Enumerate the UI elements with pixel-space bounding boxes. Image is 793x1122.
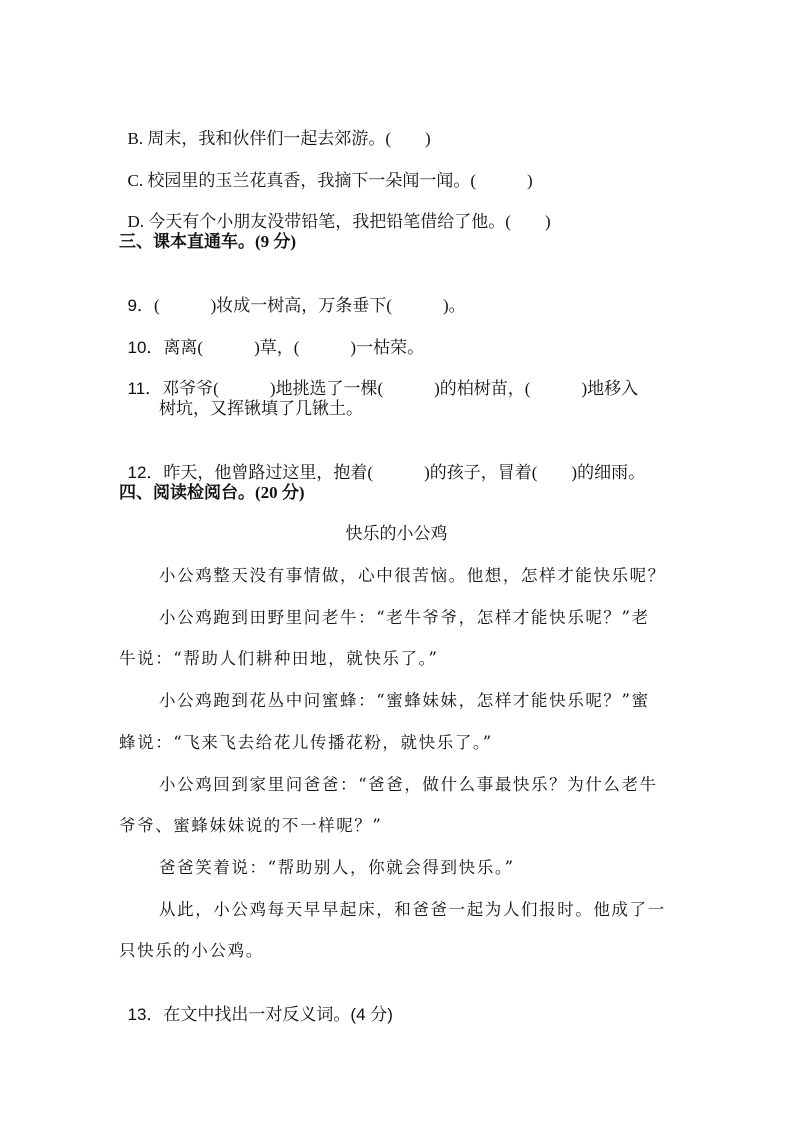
option-c: C. 校园里的玉兰花真香，我摘下一朵闻一闻。( ) xyxy=(119,148,533,192)
story-paragraph-3-cont: 蜂说：“飞来飞去给花儿传播花粉，就快乐了。” xyxy=(119,732,493,754)
question-number: 13． xyxy=(128,1005,164,1024)
question-number: 10． xyxy=(128,338,164,357)
story-paragraph-4: 小公鸡回到家里问爸爸：“爸爸，做什么事最快乐？为什么老牛 xyxy=(159,774,658,796)
story-paragraph-4-cont: 爷爷、蜜蜂妹妹说的不一样呢？” xyxy=(119,815,382,837)
story-paragraph-1: 小公鸡整天没有事情做，心中很苦恼。他想，怎样才能快乐呢？ xyxy=(159,565,666,587)
question-12: 12．昨天，他曾路过这里，抱着( )的孩子，冒着( )的细雨。 xyxy=(119,440,645,484)
option-letter: D. xyxy=(128,212,145,231)
question-number: 12． xyxy=(128,463,164,482)
question-13: 13．在文中找出一对反义词。(4 分) xyxy=(119,982,393,1026)
story-title: 快乐的小公鸡 xyxy=(0,523,793,545)
question-text: 昨天，他曾路过这里，抱着( )的孩子，冒着( )的细雨。 xyxy=(163,463,645,482)
option-text: 周末，我和伙伴们一起去郊游。( ) xyxy=(147,129,430,148)
story-paragraph-2: 小公鸡跑到田野里问老牛：“老牛爷爷，怎样才能快乐呢？”老 xyxy=(159,607,650,629)
option-d: D. 今天有个小朋友没带铅笔，我把铅笔借给了他。( ) xyxy=(119,189,551,233)
question-11: 11．邓爷爷( )地挑选了一棵( )的柏树苗，( )地移入 xyxy=(119,356,638,400)
question-text: ( )妆成一树高，万条垂下( )。 xyxy=(154,296,466,315)
story-paragraph-5: 爸爸笑着说：“帮助别人，你就会得到快乐。” xyxy=(159,857,515,879)
option-b: B. 周末，我和伙伴们一起去郊游。( ) xyxy=(119,106,431,150)
story-paragraph-6: 从此，小公鸡每天早早起床，和爸爸一起为人们报时。他成了一 xyxy=(159,899,666,921)
option-text: 今天有个小朋友没带铅笔，我把铅笔借给了他。( ) xyxy=(148,212,550,231)
story-paragraph-2-cont: 牛说：“帮助人们耕种田地，就快乐了。” xyxy=(119,648,439,670)
question-10: 10．离离( )草，( )一枯荣。 xyxy=(119,315,424,359)
story-paragraph-6-cont: 只快乐的小公鸡。 xyxy=(119,940,264,962)
section4-heading: 四、阅读检阅台。(20 分) xyxy=(119,482,305,504)
question-text: 邓爷爷( )地挑选了一棵( )的柏树苗，( )地移入 xyxy=(162,379,638,398)
question-9: 9．( )妆成一树高，万条垂下( )。 xyxy=(119,273,466,317)
question-number: 9． xyxy=(128,296,154,315)
option-letter: B. xyxy=(128,129,144,148)
option-text: 校园里的玉兰花真香，我摘下一朵闻一闻。( ) xyxy=(147,171,532,190)
option-letter: C. xyxy=(128,171,144,190)
section3-heading: 三、课本直通车。(9 分) xyxy=(119,231,296,253)
question-number: 11． xyxy=(128,379,163,398)
question-text: 在文中找出一对反义词。(4 分) xyxy=(163,1005,393,1024)
story-paragraph-3: 小公鸡跑到花丛中问蜜蜂：“蜜蜂妹妹，怎样才能快乐呢？”蜜 xyxy=(159,690,650,712)
question-11-continuation: 树坑，又挥锹填了几锹土。 xyxy=(159,398,363,420)
question-text: 离离( )草，( )一枯荣。 xyxy=(163,338,424,357)
